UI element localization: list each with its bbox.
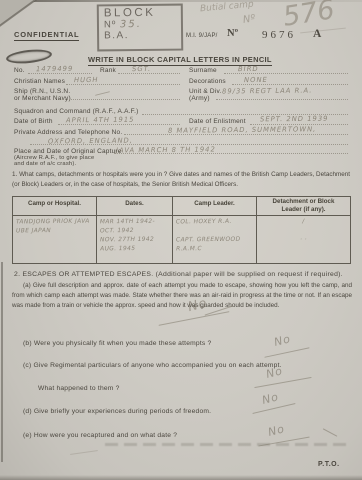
table-cell-leaders: COL. HOXEY R.A. CAPT. GREENWOOD R.A.M.C	[173, 216, 257, 263]
field-dob-label: Date of Birth	[14, 118, 53, 125]
field-address-label: Private Address and Telephone No.	[14, 129, 122, 136]
question-2b-text: (b) Were you physically fit when you mad…	[23, 340, 211, 347]
camps-table: Camp or Hospital. Dates. Camp Leader. De…	[12, 196, 351, 264]
ref-no-label: Nº	[227, 28, 238, 39]
dotted-line	[66, 84, 180, 85]
ref-suffix: A	[313, 28, 321, 40]
handwritten-dates: MAR 14TH 1942- OCT. 1942 NOV. 27TH 1942 …	[100, 218, 169, 255]
field-squadron-label: Squadron and Command (R.A.F., A.A.F.)	[14, 108, 138, 115]
pencil-scrawl-top: Butial camp	[200, 0, 254, 14]
scanned-pow-form: CONFIDENTIAL BLOCK Nº 35. B.A. Butial ca…	[0, 0, 362, 480]
dotted-line	[58, 124, 180, 125]
field-unit-value: 89/35 REGT LAA R.A.	[222, 87, 313, 96]
field-enlistment-label: Date of Enlistment	[189, 118, 246, 125]
question-2a-text: (a) Give full description and approx. da…	[12, 281, 352, 310]
field-ship-dash	[95, 91, 110, 96]
table-cell-dates: MAR 14TH 1942- OCT. 1942 NOV. 27TH 1942 …	[97, 216, 173, 263]
pencil-scrawl-no: Nº	[242, 13, 256, 26]
mi9-series-label: M.I. 9/JAP/	[186, 33, 218, 39]
question-2e-text: (e) How were you recaptured and on what …	[23, 432, 177, 439]
pencil-stroke	[264, 347, 309, 358]
field-unit-label-2: (Army)	[189, 95, 210, 102]
field-christian-label: Christian Names	[14, 78, 65, 85]
dotted-line	[114, 153, 348, 154]
handwritten-answer-b: No	[273, 332, 293, 349]
dotted-line	[124, 134, 348, 135]
block-number-stamp: BLOCK Nº 35. B.A.	[97, 4, 183, 52]
table-header-camp: Camp or Hospital.	[13, 197, 97, 216]
field-no-label: No.	[14, 67, 25, 74]
pencil-stroke	[254, 377, 311, 388]
table-cell-camps: TANDJONG PRIOK JAVA UBE JAPAN	[13, 216, 97, 263]
field-ship-label-1: Ship (R.N., U.S.N.	[14, 88, 70, 95]
field-decorations-value: NONE	[244, 76, 268, 84]
question-2d-text: (d) Give briefly your experiences during…	[23, 408, 211, 415]
question-2c-text: (c) Give Regimental particulars of anyon…	[23, 362, 282, 369]
field-rank-value: SGT.	[132, 65, 151, 73]
pencil-scribble	[5, 48, 52, 66]
pencil-stroke	[70, 450, 98, 455]
table-header-leader: Camp Leader.	[173, 197, 257, 216]
stamp-line2: Nº 35.	[104, 19, 176, 31]
page-bottom-shadow	[0, 475, 362, 480]
stamp-line1: BLOCK	[104, 7, 176, 20]
confidential-label: CONFIDENTIAL	[14, 30, 79, 41]
dotted-line	[224, 73, 348, 74]
handwritten-answer-a: No	[186, 296, 209, 315]
stamp-line3: B.A.	[104, 30, 176, 42]
handwritten-answer-c: No	[265, 364, 285, 381]
field-unit-label-1: Unit & Div.	[189, 88, 221, 95]
pencil-scrawl-number: 576	[281, 0, 337, 33]
field-rank-label: Rank	[100, 67, 116, 74]
dotted-line	[118, 73, 180, 74]
ref-number-stamped: 9676	[262, 29, 296, 41]
table-header-dates: Dates.	[97, 197, 173, 216]
field-surname-value: BIRD	[238, 65, 259, 73]
table-header-block-leader: Detachment or Block Leader (if any).	[257, 197, 350, 216]
stamp-no-value-handwritten: 35.	[120, 19, 142, 30]
field-christian-value: HUGH	[74, 76, 99, 84]
field-capture-label-1: Place and Date of Original Capture	[14, 148, 122, 155]
pto-label: P.T.O.	[318, 461, 340, 468]
field-decorations-label: Decorations	[189, 78, 226, 85]
handwritten-answer-e: No	[267, 422, 287, 439]
field-surname-label: Surname	[189, 67, 217, 74]
section-2-heading: 2. ESCAPES OR ATTEMPTED ESCAPES. (Additi…	[14, 271, 343, 278]
pencil-stroke	[252, 403, 295, 414]
handwritten-camps: TANDJONG PRIOK JAVA UBE JAPAN	[16, 218, 93, 237]
handwritten-block-marks: ∕ · ·	[260, 218, 347, 246]
field-enlistment-value: SEPT. 2ND 1939	[260, 115, 329, 124]
dotted-line	[216, 99, 348, 100]
dotted-line	[232, 84, 348, 85]
field-no-value: 1479499	[36, 65, 73, 73]
pencil-stroke	[323, 428, 338, 437]
stamp-no-label: Nº	[104, 19, 116, 30]
table-cell-block-marks: ∕ · ·	[257, 216, 350, 263]
page-left-edge	[1, 262, 3, 462]
handwritten-answer-c2: No	[261, 390, 281, 407]
dotted-line	[62, 99, 180, 100]
field-capture-label-3: and date of a/c crash).	[14, 161, 76, 167]
ink-bleed-through-line	[105, 443, 349, 446]
question-2c2-text: What happened to them ?	[38, 385, 120, 392]
question-1-text: 1. What camps, detachments or hospitals …	[12, 170, 350, 190]
handwritten-leaders: COL. HOXEY R.A. CAPT. GREENWOOD R.A.M.C	[176, 218, 253, 255]
dotted-line	[28, 73, 92, 74]
